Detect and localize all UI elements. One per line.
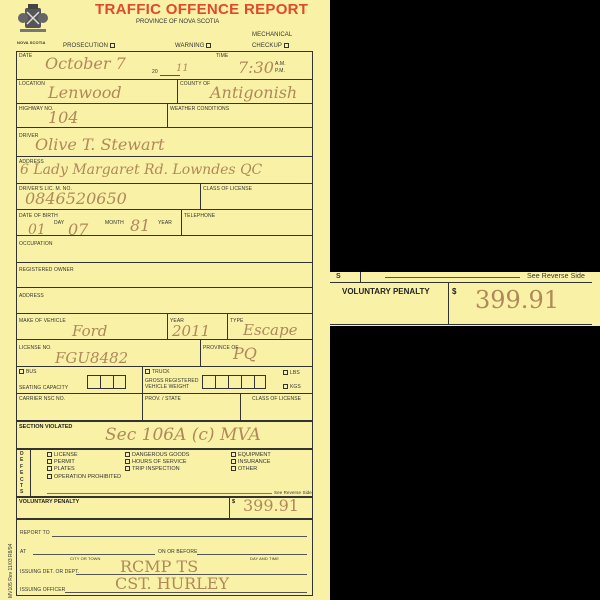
- kgs-checkbox[interactable]: [283, 384, 288, 389]
- divider: [229, 497, 230, 519]
- divider: [16, 235, 313, 236]
- defect-permit[interactable]: PERMIT: [47, 459, 75, 465]
- divider: [167, 313, 168, 339]
- traffic-offence-report-form: NOVA SCOTIA TRAFFIC OFFENCE REPORT PROVI…: [0, 0, 330, 600]
- defect-operation-prohibited[interactable]: OPERATION PROHIBITED: [47, 474, 121, 480]
- on-or-before-label: ON OR BEFORE: [158, 549, 198, 555]
- highway-value[interactable]: 104: [48, 108, 79, 127]
- class-of-license-label: CLASS OF LICENSE: [203, 186, 252, 192]
- gross-weight-input[interactable]: [202, 375, 266, 389]
- lbs-option[interactable]: LBS: [283, 370, 300, 376]
- province-value[interactable]: PQ: [233, 344, 257, 363]
- license-no-value[interactable]: FGU8482: [55, 349, 128, 367]
- divider: [30, 449, 31, 497]
- dob-month-label: MONTH: [105, 220, 124, 226]
- divider: [240, 393, 241, 421]
- divider: [16, 313, 313, 314]
- divider: [330, 324, 592, 325]
- defect-equipment[interactable]: EQUIPMENT: [231, 452, 271, 458]
- divider: [16, 287, 313, 288]
- penalty-label: VOLUNTARY PENALTY: [19, 499, 79, 505]
- vehicle-year-value[interactable]: 2011: [172, 322, 210, 340]
- divider: [16, 156, 313, 157]
- seating-capacity-input[interactable]: [87, 375, 126, 389]
- truck-option[interactable]: TRUCK: [145, 369, 170, 375]
- on-or-before-line[interactable]: [197, 554, 307, 555]
- am-label: A.M.: [275, 61, 286, 67]
- report-to-label: REPORT TO: [20, 530, 50, 536]
- divider: [167, 103, 168, 127]
- mechanical-label-1: MECHANICAL: [252, 32, 292, 38]
- section-violated-label: SECTION VIOLATED: [19, 424, 72, 430]
- form-subtitle: PROVINCE OF NOVA SCOTIA: [136, 19, 219, 25]
- time-label: TIME: [216, 53, 228, 59]
- location-value[interactable]: Lenwood: [48, 83, 122, 102]
- address-value[interactable]: 6 Lady Margaret Rd. Lowndes QC: [20, 162, 262, 178]
- year-line: [160, 75, 180, 76]
- see-reverse-side: See Reverse Side: [274, 490, 312, 495]
- driver-value[interactable]: Olive T. Stewart: [35, 135, 165, 154]
- divider: [360, 272, 361, 282]
- license-no-label: LICENSE NO.: [19, 345, 52, 351]
- make-value[interactable]: Ford: [72, 322, 107, 340]
- divider: [448, 282, 449, 324]
- defect-trip-inspection[interactable]: TRIP INSPECTION: [125, 466, 180, 472]
- dob-month-value[interactable]: 07: [68, 220, 88, 239]
- owner-address-label: ADDRESS: [19, 293, 44, 299]
- divider: [16, 183, 313, 184]
- date-value[interactable]: October 7: [45, 54, 126, 73]
- divider: [16, 262, 313, 263]
- divider: [16, 366, 313, 367]
- defect-plates[interactable]: PLATES: [47, 466, 75, 472]
- truck-checkbox[interactable]: [145, 369, 150, 374]
- occupation-label: OCCUPATION: [19, 241, 53, 247]
- defect-other[interactable]: OTHER: [231, 466, 257, 472]
- time-value[interactable]: 7:30: [238, 58, 274, 77]
- defects-side-label: DEFECTS: [20, 451, 24, 496]
- stub-penalty-label: VOLUNTARY PENALTY: [342, 287, 430, 296]
- at-line[interactable]: [33, 554, 155, 555]
- city-or-town-caption: CITY OR TOWN: [70, 556, 101, 561]
- divider: [16, 393, 313, 394]
- divider: [200, 183, 201, 209]
- divider: [385, 277, 520, 278]
- telephone-label: TELEPHONE: [184, 213, 215, 219]
- penalty-value[interactable]: 399.91: [243, 496, 299, 515]
- mechanical-checkup-option[interactable]: CHECKUP: [252, 43, 291, 49]
- carrier-nsc-label: CARRIER NSC NO.: [19, 396, 65, 402]
- divider: [200, 339, 201, 366]
- divider: [16, 339, 313, 340]
- lbs-checkbox[interactable]: [283, 370, 288, 375]
- defect-license[interactable]: LICENSE: [47, 452, 78, 458]
- penalty-currency: $: [232, 499, 235, 505]
- carrier-class-label: CLASS OF LICENSE: [252, 396, 301, 402]
- gross-weight-label-2: VEHICLE WEIGHT: [145, 384, 189, 390]
- report-to-line[interactable]: [52, 536, 307, 537]
- stub-s-label: S: [336, 273, 341, 280]
- divider: [16, 103, 313, 104]
- warning-checkbox[interactable]: [206, 43, 211, 48]
- stub-see-reverse: See Reverse Side: [527, 273, 585, 280]
- stub-currency: $: [452, 287, 456, 296]
- divider: [142, 366, 143, 393]
- kgs-option[interactable]: KGS: [283, 384, 301, 390]
- stub-penalty-value[interactable]: 399.91: [475, 286, 559, 314]
- penalty-stub: S See Reverse Side VOLUNTARY PENALTY $ 3…: [330, 272, 600, 326]
- divider: [330, 282, 592, 283]
- divider: [177, 79, 178, 103]
- prosecution-checkbox[interactable]: [110, 43, 115, 48]
- drivers-lic-value[interactable]: 0846520650: [25, 189, 127, 208]
- dob-year-value[interactable]: 81: [130, 216, 150, 235]
- form-code: MV105 Rev 11/03 R8/94: [8, 544, 14, 598]
- year-value[interactable]: 11: [176, 63, 189, 74]
- section-violated-value[interactable]: Sec 106A (c) MVA: [105, 425, 261, 445]
- issuing-det-label: ISSUING DET. OR DEPT.: [20, 569, 79, 575]
- make-label: MAKE OF VEHICLE: [19, 318, 66, 324]
- crest-caption: NOVA SCOTIA: [17, 40, 45, 45]
- divider: [142, 393, 143, 421]
- dob-day-label: DAY: [54, 220, 64, 226]
- county-label: COUNTY OF: [180, 81, 210, 87]
- seating-capacity-label: SEATING CAPACITY: [19, 385, 68, 391]
- mechanical-checkup-checkbox[interactable]: [284, 43, 289, 48]
- vehicle-type-value[interactable]: Escape: [243, 321, 297, 339]
- defect-hours-of-service[interactable]: HOURS OF SERVICE: [125, 459, 187, 465]
- year-prefix: 20: [152, 69, 158, 75]
- weather-label: WEATHER CONDITIONS: [170, 106, 229, 112]
- prov-state-label: PROV. / STATE: [145, 396, 181, 402]
- dob-year-label: YEAR: [158, 220, 172, 226]
- issuing-officer-value[interactable]: CST. HURLEY: [115, 574, 229, 593]
- defect-dangerous-goods[interactable]: DANGEROUS GOODS: [125, 452, 189, 458]
- county-value[interactable]: Antigonish: [210, 83, 297, 102]
- prosecution-option[interactable]: PROSECUTION: [63, 43, 117, 49]
- divider: [16, 127, 313, 128]
- issuing-officer-label: ISSUING OFFICER: [20, 587, 65, 593]
- bus-option[interactable]: BUS: [19, 369, 37, 375]
- registered-owner-label: REGISTERED OWNER: [19, 267, 74, 273]
- divider: [181, 209, 182, 235]
- divider: [47, 493, 272, 494]
- location-label: LOCATION: [19, 81, 45, 87]
- form-title: TRAFFIC OFFENCE REPORT: [95, 1, 308, 18]
- dob-label: DATE OF BIRTH: [19, 213, 58, 219]
- bus-checkbox[interactable]: [19, 369, 24, 374]
- divider: [16, 79, 313, 80]
- day-and-time-caption: DAY AND TIME: [250, 556, 279, 561]
- divider: [16, 209, 313, 210]
- nova-scotia-crest-icon: [18, 4, 48, 38]
- warning-option[interactable]: WARNING: [175, 43, 213, 49]
- date-label: DATE: [19, 53, 32, 59]
- pm-label: P.M.: [275, 68, 285, 74]
- divider: [227, 313, 228, 339]
- defect-insurance[interactable]: INSURANCE: [231, 459, 270, 465]
- vehicle-type-label: TYPE: [230, 318, 243, 324]
- at-label: AT: [20, 549, 26, 555]
